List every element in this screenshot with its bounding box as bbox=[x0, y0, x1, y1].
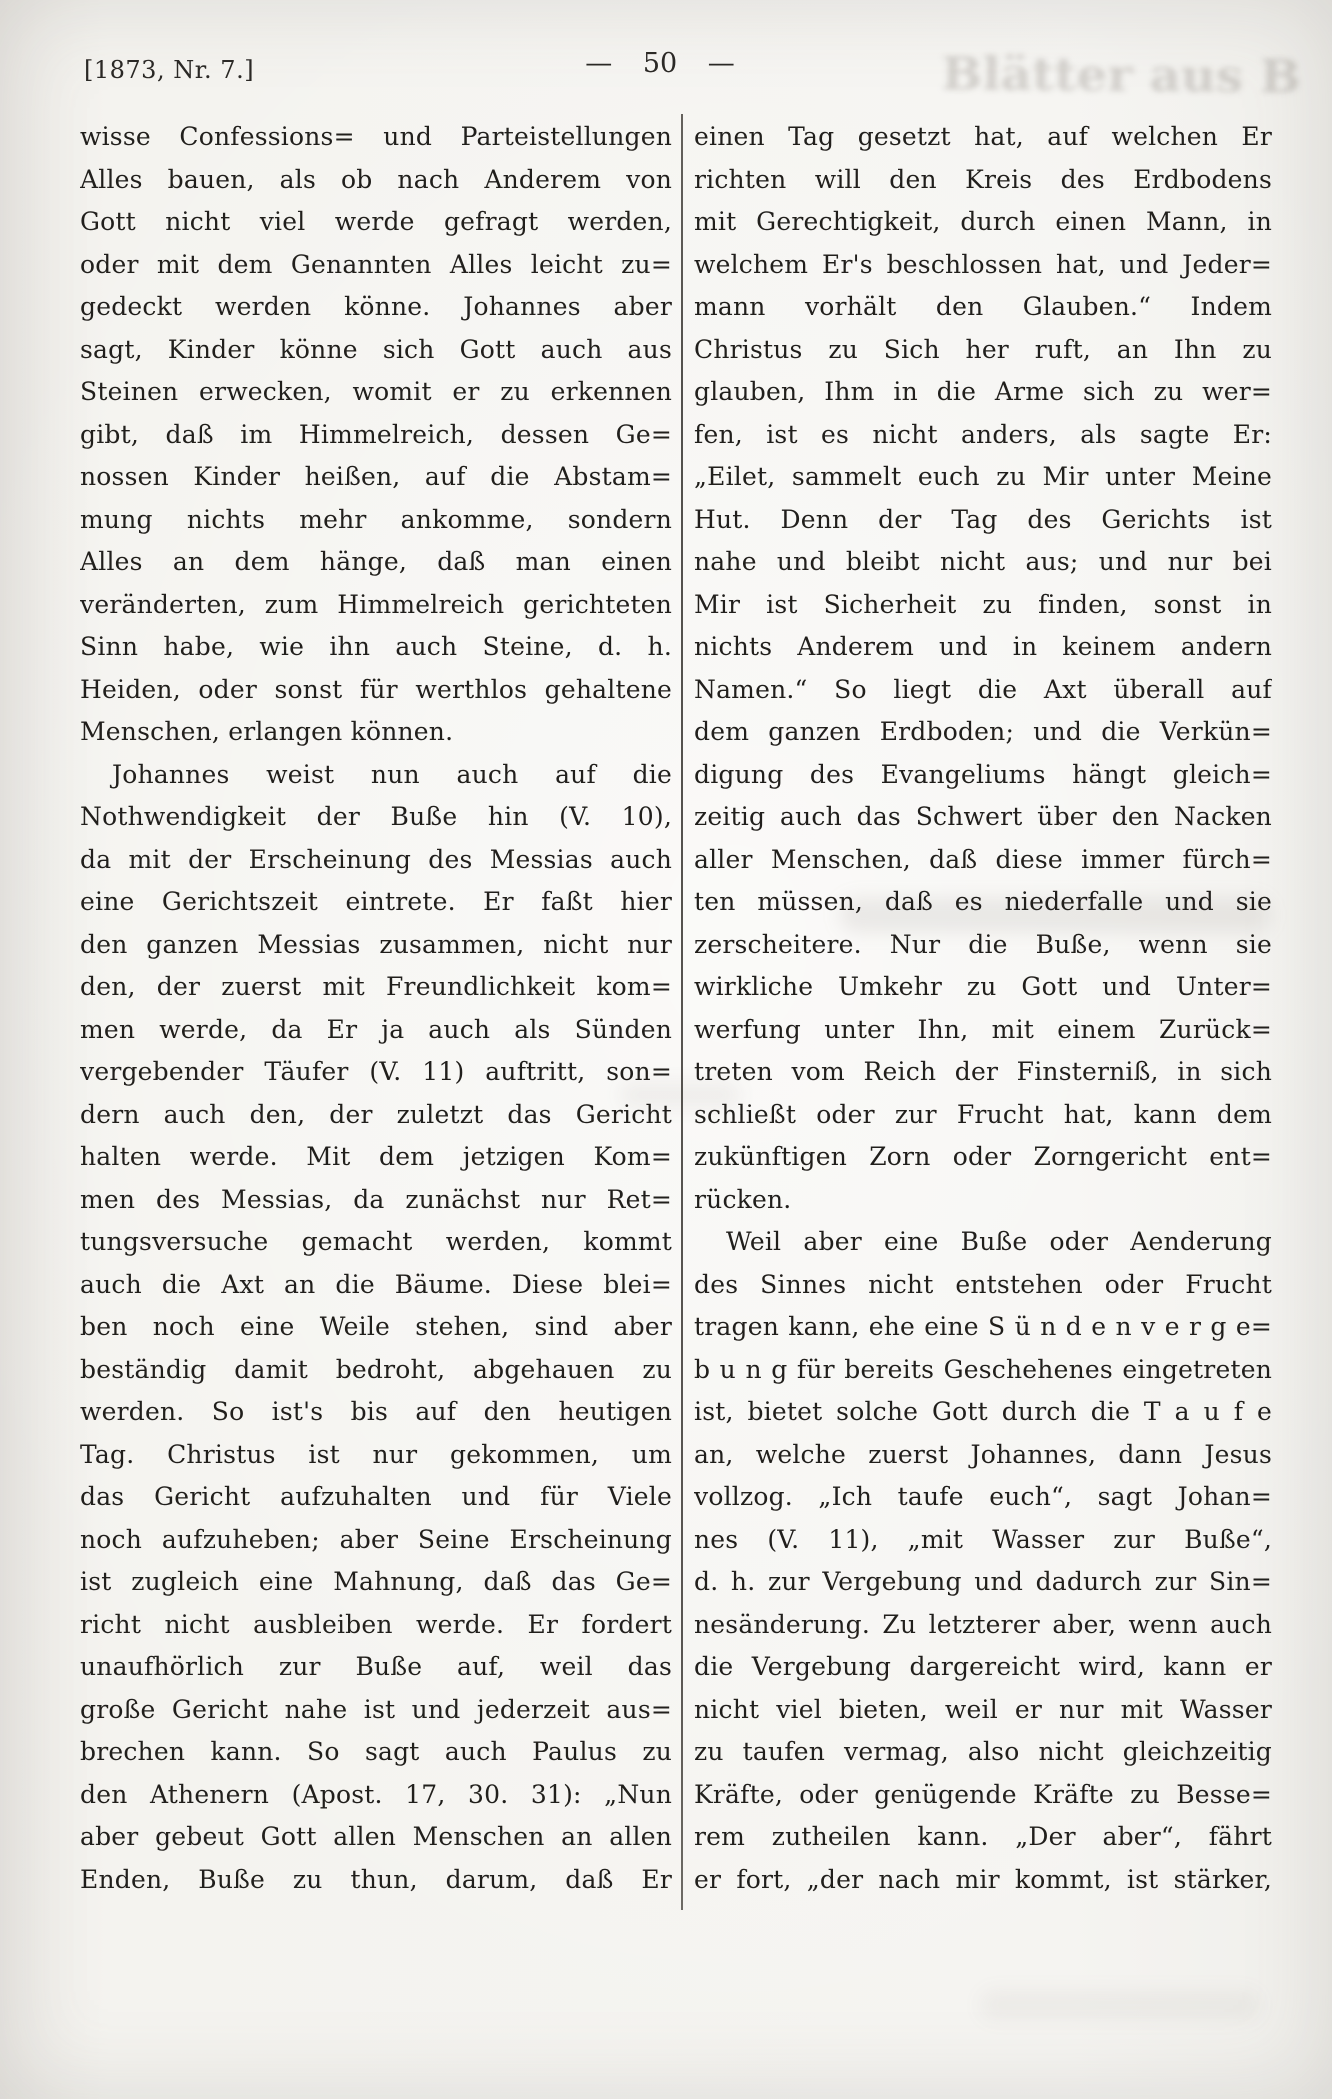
text-line: rem zutheilen kann. „Der aber“, fährt bbox=[694, 1816, 1272, 1859]
text-line: vergebender Täufer (V. 11) auftritt, son… bbox=[80, 1051, 672, 1094]
text-line: dern auch den, der zuletzt das Gericht bbox=[80, 1094, 672, 1137]
text-line: den ganzen Messias zusammen, nicht nur bbox=[80, 924, 672, 967]
text-line: mung nichts mehr ankomme, sondern bbox=[80, 499, 672, 542]
text-line: glauben, Ihm in die Arme sich zu wer= bbox=[694, 371, 1272, 414]
text-line: gedeckt werden könne. Johannes aber bbox=[80, 286, 672, 329]
text-line: nahe und bleibt nicht aus; und nur bei bbox=[694, 541, 1272, 584]
text-line: zu taufen vermag, also nicht gleichzeiti… bbox=[694, 1731, 1272, 1774]
page-number: — 50 — bbox=[560, 48, 760, 79]
text-line: richten will den Kreis des Erdbodens bbox=[694, 159, 1272, 202]
text-line: „Eilet, sammelt euch zu Mir unter Meine bbox=[694, 456, 1272, 499]
text-line: Sinn habe, wie ihn auch Steine, d. h. bbox=[80, 626, 672, 669]
text-line: Weil aber eine Buße oder Aenderung bbox=[694, 1221, 1272, 1264]
text-line: an, welche zuerst Johannes, dann Jesus bbox=[694, 1434, 1272, 1477]
text-line: nesänderung. Zu letzterer aber, wenn auc… bbox=[694, 1604, 1272, 1647]
text-line: veränderten, zum Himmelreich gerichteten bbox=[80, 584, 672, 627]
text-line: oder mit dem Genannten Alles leicht zu= bbox=[80, 244, 672, 287]
text-line: Kräfte, oder genügende Kräfte zu Besse= bbox=[694, 1774, 1272, 1817]
right-text-column: einen Tag gesetzt hat, auf welchen Erric… bbox=[694, 116, 1272, 1901]
text-line: Tag. Christus ist nur gekommen, um bbox=[80, 1434, 672, 1477]
text-line: mit Gerechtigkeit, durch einen Mann, in bbox=[694, 201, 1272, 244]
text-line: tragen kann, ehe eine S ü n d e n v e r … bbox=[694, 1306, 1272, 1349]
text-line: Steinen erwecken, womit er zu erkennen bbox=[80, 371, 672, 414]
text-line: werfung unter Ihn, mit einem Zurück= bbox=[694, 1009, 1272, 1052]
text-line: die Vergebung dargereicht wird, kann er bbox=[694, 1646, 1272, 1689]
text-line: men werde, da Er ja auch als Sünden bbox=[80, 1009, 672, 1052]
text-line: Hut. Denn der Tag des Gerichts ist bbox=[694, 499, 1272, 542]
text-line: digung des Evangeliums hängt gleich= bbox=[694, 754, 1272, 797]
text-line: Mir ist Sicherheit zu finden, sonst in bbox=[694, 584, 1272, 627]
text-line: auch die Axt an die Bäume. Diese blei= bbox=[80, 1264, 672, 1307]
text-line: zerscheitere. Nur die Buße, wenn sie bbox=[694, 924, 1272, 967]
text-line: dem ganzen Erdboden; und die Verkün= bbox=[694, 711, 1272, 754]
text-line: wirkliche Umkehr zu Gott und Unter= bbox=[694, 966, 1272, 1009]
text-line: Heiden, oder sonst für werthlos gehalten… bbox=[80, 669, 672, 712]
text-line: Alles an dem hänge, daß man einen bbox=[80, 541, 672, 584]
text-line: Enden, Buße zu thun, darum, daß Er bbox=[80, 1859, 672, 1902]
text-line: er fort, „der nach mir kommt, ist stärke… bbox=[694, 1859, 1272, 1902]
text-line: b u n g für bereits Geschehenes eingetre… bbox=[694, 1349, 1272, 1392]
text-line: nossen Kinder heißen, auf die Abstam= bbox=[80, 456, 672, 499]
text-line: beständig damit bedroht, abgehauen zu bbox=[80, 1349, 672, 1392]
text-line: den, der zuerst mit Freundlichkeit kom= bbox=[80, 966, 672, 1009]
text-line: nicht viel bieten, weil er nur mit Wasse… bbox=[694, 1689, 1272, 1732]
text-line: Menschen, erlangen können. bbox=[80, 711, 672, 754]
text-line: fen, ist es nicht anders, als sagte Er: bbox=[694, 414, 1272, 457]
text-line: da mit der Erscheinung des Messias auch bbox=[80, 839, 672, 882]
text-line: schließt oder zur Frucht hat, kann dem bbox=[694, 1094, 1272, 1137]
edition-label: [1873, Nr. 7.] bbox=[84, 56, 254, 84]
scanned-page: Blätter aus Bad [1873, Nr. 7.] — 50 — wi… bbox=[0, 0, 1332, 2099]
text-line: gibt, daß im Himmelreich, dessen Ge= bbox=[80, 414, 672, 457]
text-line: unaufhörlich zur Buße auf, weil das bbox=[80, 1646, 672, 1689]
text-line: den Athenern (Apost. 17, 30. 31): „Nun bbox=[80, 1774, 672, 1817]
text-line: richt nicht ausbleiben werde. Er fordert bbox=[80, 1604, 672, 1647]
text-line: zukünftigen Zorn oder Zorngericht ent= bbox=[694, 1136, 1272, 1179]
text-line: tungsversuche gemacht werden, kommt bbox=[80, 1221, 672, 1264]
text-line: sagt, Kinder könne sich Gott auch aus bbox=[80, 329, 672, 372]
text-line: men des Messias, da zunächst nur Ret= bbox=[80, 1179, 672, 1222]
bleed-through-text: Blätter aus Bad bbox=[941, 47, 1298, 104]
text-line: aller Menschen, daß diese immer fürch= bbox=[694, 839, 1272, 882]
text-line: das Gericht aufzuhalten und für Viele bbox=[80, 1476, 672, 1519]
text-line: Christus zu Sich her ruft, an Ihn zu bbox=[694, 329, 1272, 372]
text-line: einen Tag gesetzt hat, auf welchen Er bbox=[694, 116, 1272, 159]
text-line: d. h. zur Vergebung und dadurch zur Sin= bbox=[694, 1561, 1272, 1604]
text-line: nichts Anderem und in keinem andern bbox=[694, 626, 1272, 669]
text-line: wisse Confessions= und Parteistellungen bbox=[80, 116, 672, 159]
text-line: ist, bietet solche Gott durch die T a u … bbox=[694, 1391, 1272, 1434]
text-line: welchem Er's beschlossen hat, und Jeder= bbox=[694, 244, 1272, 287]
text-line: ten müssen, daß es niederfalle und sie bbox=[694, 881, 1272, 924]
text-line: Namen.“ So liegt die Axt überall auf bbox=[694, 669, 1272, 712]
text-line: werden. So ist's bis auf den heutigen bbox=[80, 1391, 672, 1434]
text-line: des Sinnes nicht entstehen oder Frucht bbox=[694, 1264, 1272, 1307]
text-line: halten werde. Mit dem jetzigen Kom= bbox=[80, 1136, 672, 1179]
text-line: Nothwendigkeit der Buße hin (V. 10), bbox=[80, 796, 672, 839]
text-line: rücken. bbox=[694, 1179, 1272, 1222]
text-line: Alles bauen, als ob nach Anderem von bbox=[80, 159, 672, 202]
text-line: zeitig auch das Schwert über den Nacken bbox=[694, 796, 1272, 839]
text-line: ben noch eine Weile stehen, sind aber bbox=[80, 1306, 672, 1349]
text-line: noch aufzuheben; aber Seine Erscheinung bbox=[80, 1519, 672, 1562]
text-line: mann vorhält den Glauben.“ Indem bbox=[694, 286, 1272, 329]
text-line: vollzog. „Ich taufe euch“, sagt Johan= bbox=[694, 1476, 1272, 1519]
text-line: aber gebeut Gott allen Menschen an allen bbox=[80, 1816, 672, 1859]
text-line: treten vom Reich der Finsterniß, in sich bbox=[694, 1051, 1272, 1094]
column-divider-rule bbox=[681, 114, 683, 1910]
text-line: Johannes weist nun auch auf die bbox=[80, 754, 672, 797]
text-line: nes (V. 11), „mit Wasser zur Buße“, bbox=[694, 1519, 1272, 1562]
text-line: brechen kann. So sagt auch Paulus zu bbox=[80, 1731, 672, 1774]
text-line: ist zugleich eine Mahnung, daß das Ge= bbox=[80, 1561, 672, 1604]
scan-smudge bbox=[980, 1990, 1260, 2020]
left-text-column: wisse Confessions= und ParteistellungenA… bbox=[80, 116, 672, 1901]
text-line: Gott nicht viel werde gefragt werden, bbox=[80, 201, 672, 244]
text-line: große Gericht nahe ist und jederzeit aus… bbox=[80, 1689, 672, 1732]
text-line: eine Gerichtszeit eintrete. Er faßt hier bbox=[80, 881, 672, 924]
